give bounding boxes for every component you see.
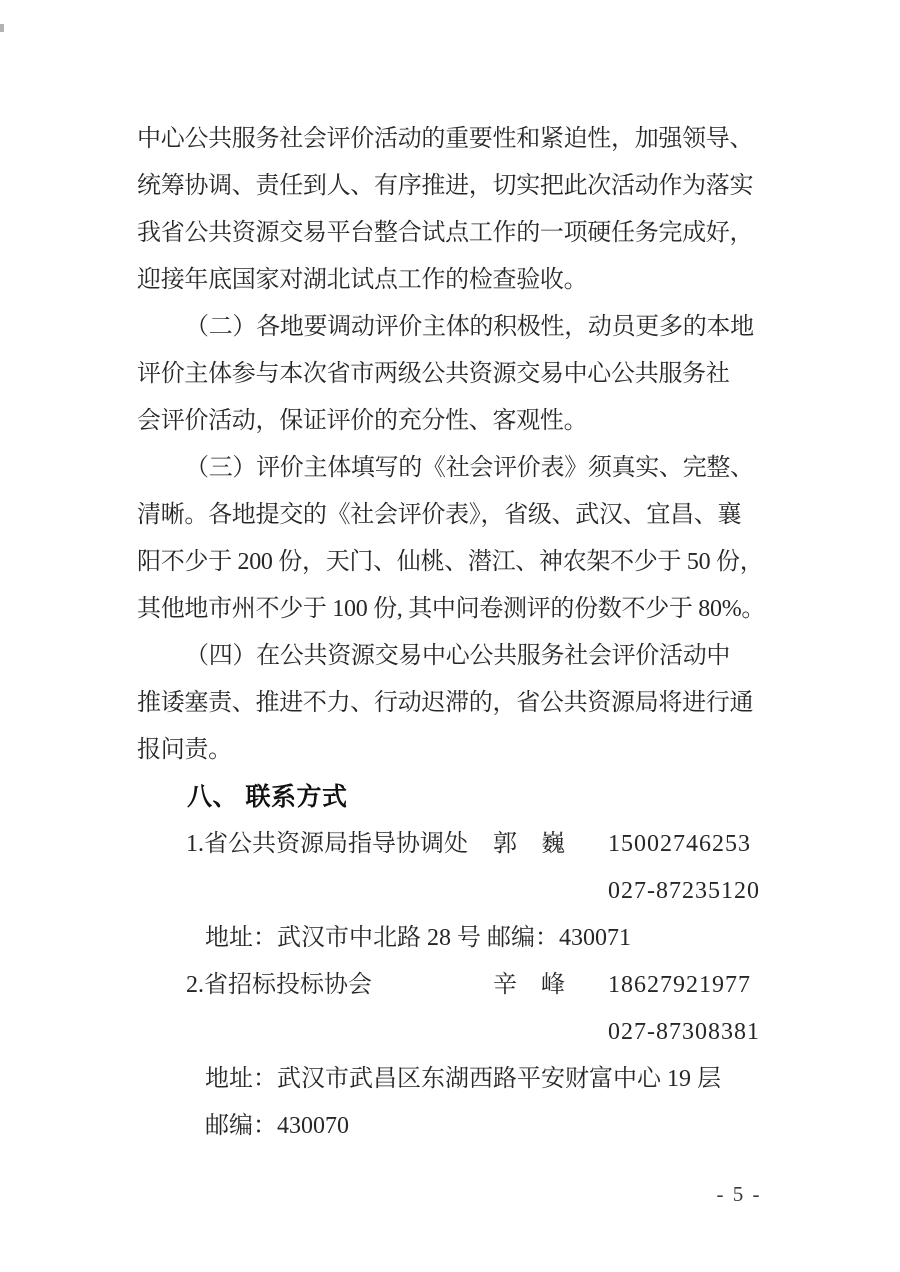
contact-row-2-office: 027-87308381 [137,1009,847,1056]
document-page: 中心公共服务社会评价活动的重要性和紧迫性，加强领导、 统筹协调、责任到人、有序推… [0,0,900,1272]
scan-artifact [0,24,4,32]
page-number: - 5 - [703,1180,775,1208]
paragraph-2: （二）各地要调动评价主体的积极性，动员更多的本地 评价主体参与本次省市两级公共资… [137,304,847,445]
contact-row-2-address: 地址：武汉市武昌区东湖西路平安财富中心 19 层 [137,1056,847,1103]
contact-1-label: 1.省公共资源局指导协调处 [186,821,468,868]
contact-row-2: 2.省招标投标协会 辛 峰 18627921977 [137,962,847,1009]
contact-row-1-office: 027-87235120 [137,868,847,915]
paragraph-4: （四）在公共资源交易中心公共服务社会评价活动中 推诿塞责、推进不力、行动迟滞的，… [137,633,847,774]
contact-row-1: 1.省公共资源局指导协调处 郭 巍 15002746253 [137,821,847,868]
contact-2-office-phone: 027-87308381 [608,1009,760,1056]
contact-1-person: 郭 巍 [493,821,565,868]
contact-1-address: 地址：武汉市中北路 28 号 邮编：430071 [205,915,631,962]
contact-2-person: 辛 峰 [493,962,565,1009]
contact-2-label: 2.省招标投标协会 [186,962,372,1009]
contact-2-mobile: 18627921977 [608,962,751,1009]
contact-2-postal: 邮编：430070 [205,1103,349,1150]
paragraph-3: （三）评价主体填写的《社会评价表》须真实、完整、 清晰。各地提交的《社会评价表》… [137,445,847,633]
contact-row-1-address: 地址：武汉市中北路 28 号 邮编：430071 [137,915,847,962]
document-body: 中心公共服务社会评价活动的重要性和紧迫性，加强领导、 统筹协调、责任到人、有序推… [137,116,847,1150]
contact-2-address: 地址：武汉市武昌区东湖西路平安财富中心 19 层 [205,1056,721,1103]
contact-1-mobile: 15002746253 [608,821,751,868]
section-heading-contact: 八、 联系方式 [137,774,847,821]
contact-1-office-phone: 027-87235120 [608,868,760,915]
contact-section: 1.省公共资源局指导协调处 郭 巍 15002746253 027-872351… [137,821,847,1150]
contact-row-2-postal: 邮编：430070 [137,1103,847,1150]
paragraph-1: 中心公共服务社会评价活动的重要性和紧迫性，加强领导、 统筹协调、责任到人、有序推… [137,116,847,304]
